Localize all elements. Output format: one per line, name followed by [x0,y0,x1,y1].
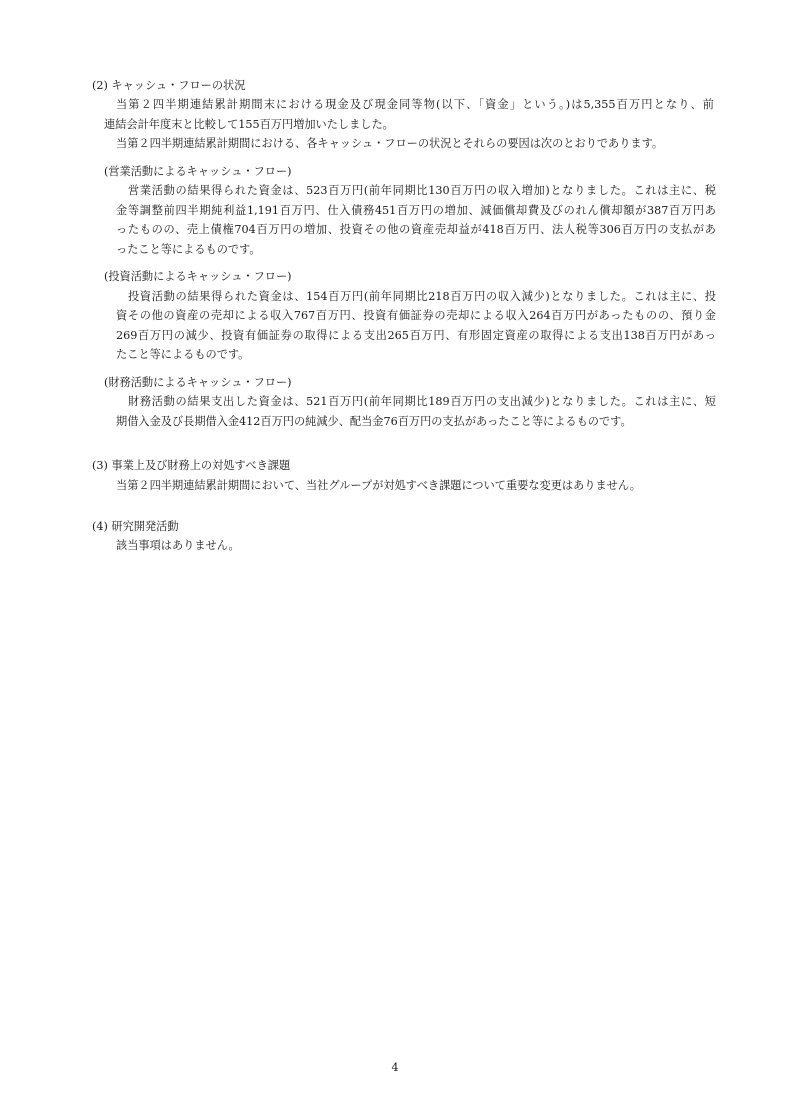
cash-flow-intro-line-3: 当第２四半期連結累計期間における、各キャッシュ・フローの状況とそれらの要因は次の… [116,137,663,151]
operating-cf-title: (営業活動によるキャッシュ・フロー) [104,165,292,179]
document-page: (2) キャッシュ・フローの状況 当第２四半期連結累計期間末における現金及び現金… [0,0,790,1118]
issues-line-1: 当第２四半期連結累計期間において、当社グループが対処すべき課題について重要な変更… [116,479,641,493]
operating-cf-line-4: ったこと等によるものです。 [116,243,261,257]
investing-cf-line-2: 資その他の資産の売却による収入767百万円、投資有価証券の売却による収入264百… [116,309,716,323]
investing-cf-line-4: たこと等によるものです。 [116,348,249,362]
section-heading-cash-flow: (2) キャッシュ・フローの状況 [92,79,245,93]
cash-flow-intro-line-2: 連結会計年度末と比較して155百万円増加いたしました。 [104,118,394,132]
financing-cf-line-1: 財務活動の結果支出した資金は、521百万円(前年同期比189百万円の支出減少)と… [128,395,716,409]
investing-cf-line-1: 投資活動の結果得られた資金は、154百万円(前年同期比218百万円の収入減少)と… [128,290,716,304]
investing-cf-title: (投資活動によるキャッシュ・フロー) [104,270,292,284]
financing-cf-line-2: 期借入金及び長期借入金412百万円の純減少、配当金76百万円の支払があったこと等… [116,415,632,429]
cash-flow-intro-line-1: 当第２四半期連結累計期間末における現金及び現金同等物(以下、「資金」という。)は… [116,98,714,112]
operating-cf-line-1: 営業活動の結果得られた資金は、523百万円(前年同期比130百万円の収入増加)と… [128,184,716,198]
operating-cf-line-3: ったものの、売上債権704百万円の増加、投資その他の資産売却益が418百万円、法… [116,223,716,237]
operating-cf-line-2: 金等調整前四半期純利益1,191百万円、仕入債務451百万円の増加、減価償却費及… [116,204,716,218]
section-heading-issues: (3) 事業上及び財務上の対処すべき課題 [92,459,290,473]
page-number: 4 [0,1061,790,1074]
financing-cf-title: (財務活動によるキャッシュ・フロー) [104,376,292,390]
investing-cf-line-3: 269百万円の減少、投資有価証券の取得による支出265百万円、有形固定資産の取得… [116,329,716,343]
section-heading-rnd: (4) 研究開発活動 [92,520,179,534]
rnd-line-1: 該当事項はありません。 [116,539,240,553]
